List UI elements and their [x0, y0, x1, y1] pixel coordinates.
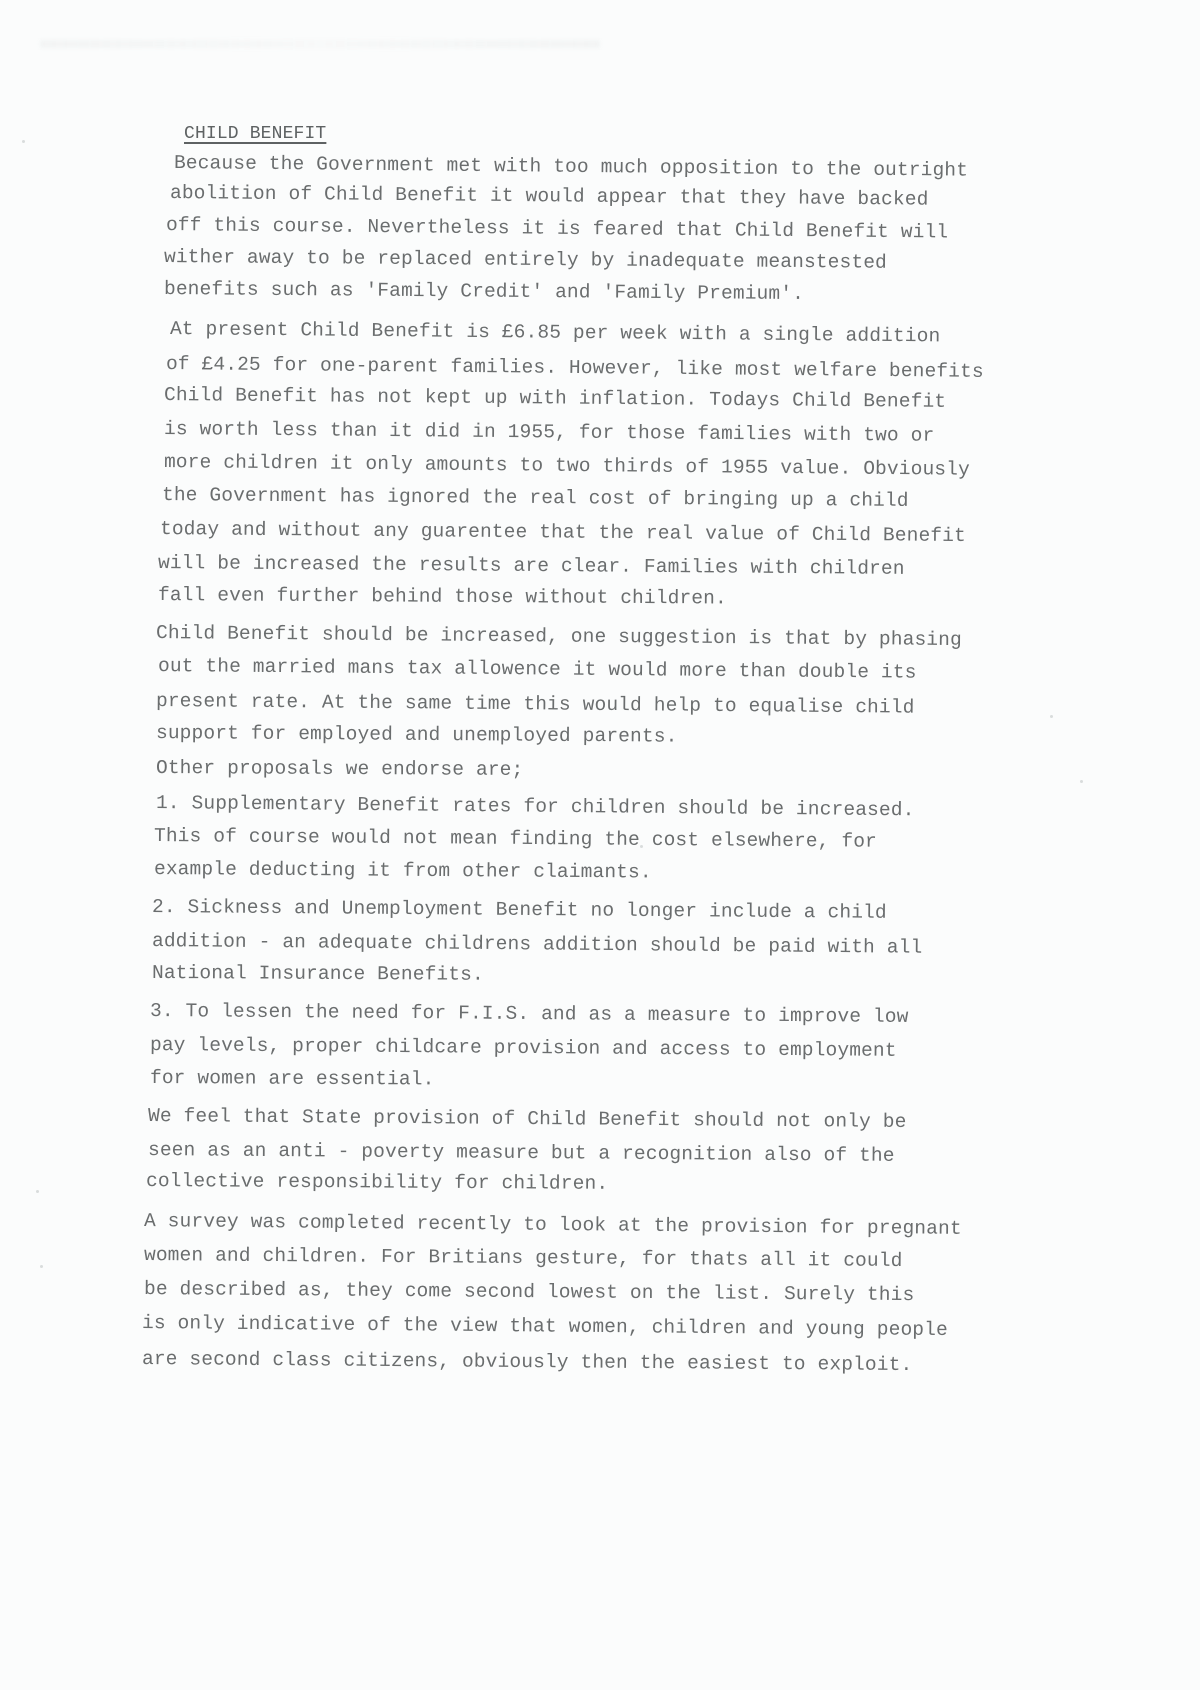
text-line: for women are essential. — [150, 1069, 435, 1090]
text-line: example deducting it from other claimant… — [154, 860, 652, 883]
text-line: abolition of Child Benefit it would appe… — [170, 184, 929, 210]
text-line: seen as an anti - poverty measure but a … — [148, 1141, 895, 1166]
text-line: Other proposals we endorse are; — [156, 759, 524, 780]
scan-speck — [1050, 715, 1053, 718]
document-title: CHILD BENEFIT — [184, 124, 326, 144]
text-line: This of course would not mean finding th… — [154, 827, 877, 852]
text-line: off this course. Nevertheless it is fear… — [166, 216, 948, 243]
scan-speck — [22, 140, 25, 143]
text-line: 1. Supplementary Benefit rates for child… — [156, 794, 915, 821]
text-line: the Government has ignored the real cost… — [162, 486, 909, 511]
text-line: women and children. For Britians gesture… — [144, 1246, 903, 1271]
text-line: Because the Government met with too much… — [174, 154, 968, 181]
text-line: Child Benefit has not kept up with infla… — [164, 386, 946, 412]
text-line: of £4.25 for one-parent families. Howeve… — [166, 355, 984, 382]
scan-bleed-through — [40, 40, 600, 48]
text-line: fall even further behind those without c… — [158, 586, 727, 609]
text-line: is only indicative of the view that wome… — [142, 1314, 948, 1341]
text-line: support for employed and unemployed pare… — [156, 724, 678, 747]
text-line: addition - an adequate childrens additio… — [152, 932, 923, 958]
text-line: A survey was completed recently to look … — [144, 1212, 962, 1239]
text-line: Child Benefit should be increased, one s… — [156, 624, 962, 651]
text-line: pay levels, proper childcare provision a… — [150, 1036, 897, 1061]
scan-speck — [1080, 780, 1083, 783]
text-line: 3. To lessen the need for F.I.S. and as … — [150, 1002, 909, 1027]
text-line: are second class citizens, obviously the… — [142, 1350, 913, 1376]
scanned-page: CHILD BENEFIT Because the Government met… — [0, 0, 1200, 1690]
scan-speck — [40, 1265, 43, 1268]
text-line: out the married mans tax allowence it wo… — [158, 657, 917, 683]
text-line: will be increased the results are clear.… — [158, 554, 905, 579]
text-line: more children it only amounts to two thi… — [164, 453, 970, 480]
text-line: benefits such as 'Family Credit' and 'Fa… — [164, 280, 804, 305]
text-line: present rate. At the same time this woul… — [156, 692, 915, 718]
text-line: 2. Sickness and Unemployment Benefit no … — [152, 898, 887, 923]
text-line: wither away to be replaced entirely by i… — [164, 248, 887, 273]
text-line: today and without any guarentee that the… — [160, 520, 966, 547]
text-line: We feel that State provision of Child Be… — [148, 1107, 907, 1132]
text-line: National Insurance Benefits. — [152, 964, 484, 985]
text-line: be described as, they come second lowest… — [144, 1280, 915, 1306]
text-line: collective responsibility for children. — [146, 1172, 608, 1194]
text-line: At present Child Benefit is £6.85 per we… — [170, 320, 941, 347]
scan-speck — [36, 1190, 39, 1193]
text-line: is worth less than it did in 1955, for t… — [164, 420, 935, 446]
